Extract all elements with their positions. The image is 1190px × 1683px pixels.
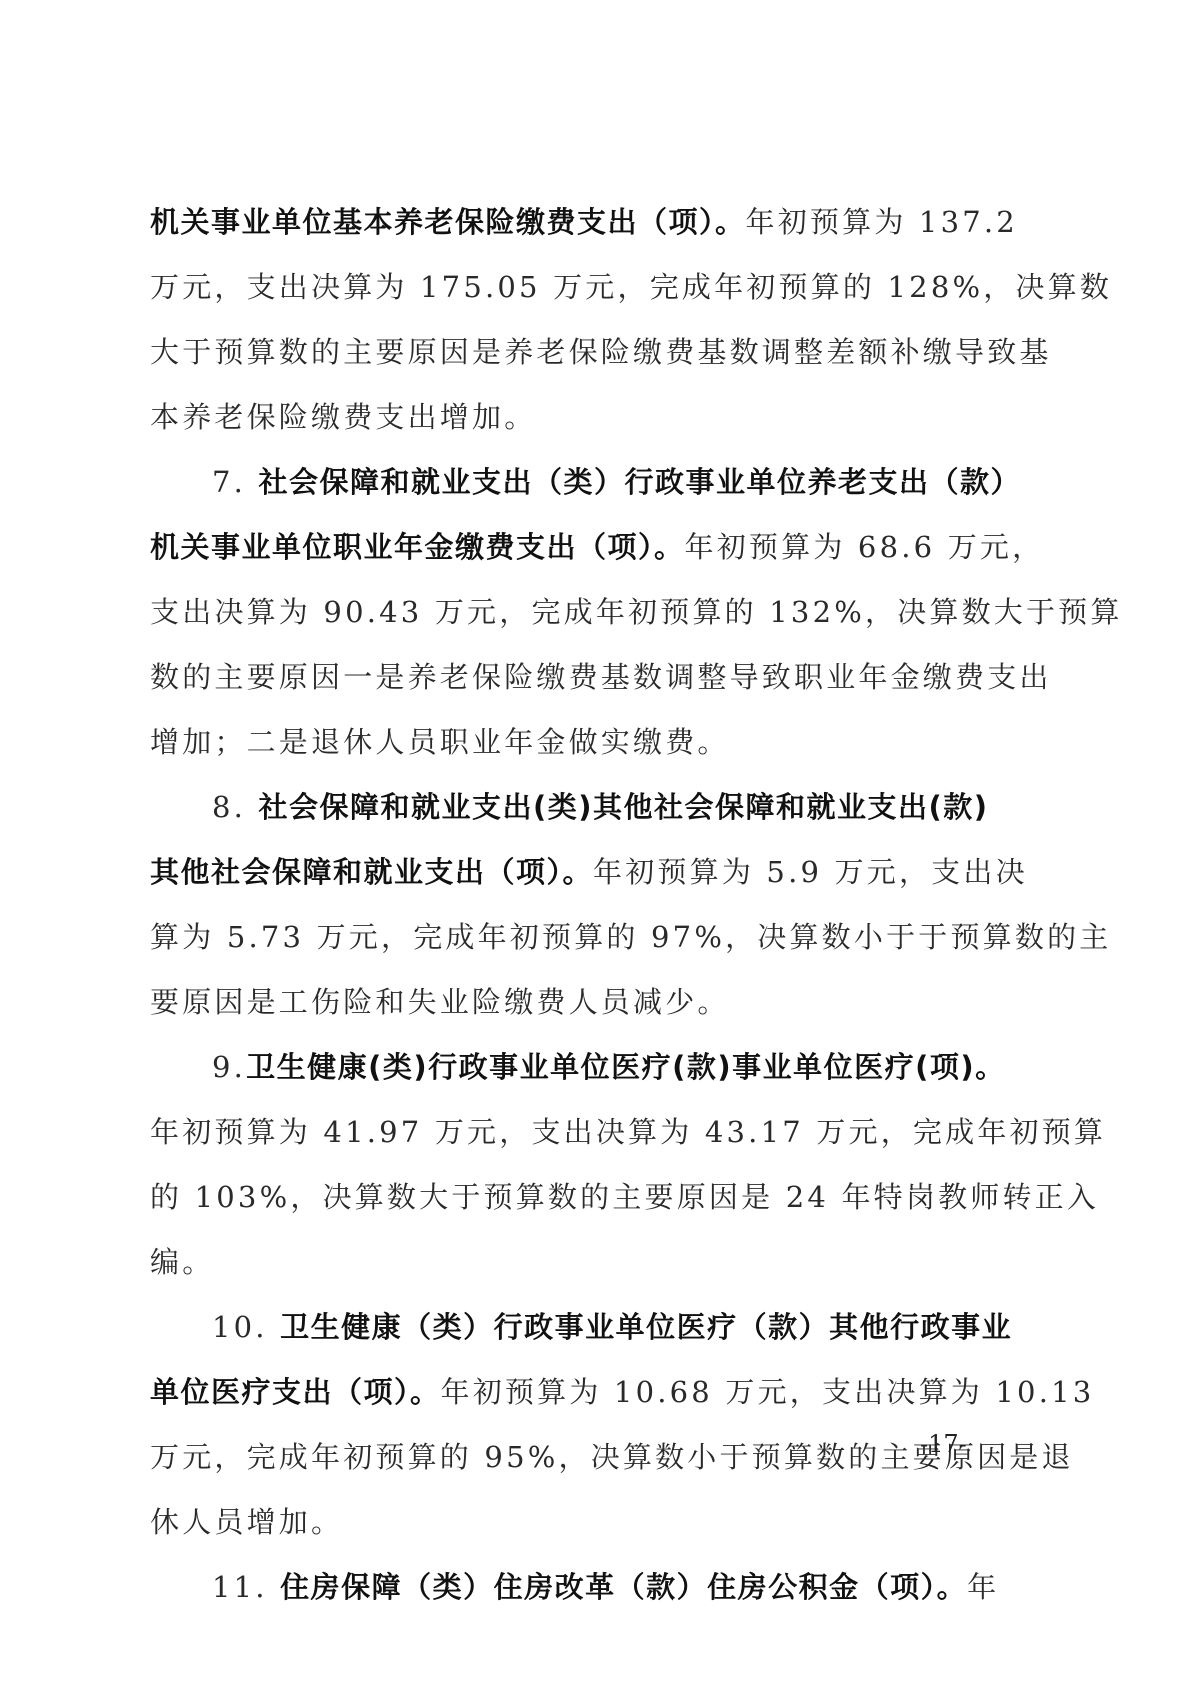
text-line: 编。 (150, 1236, 214, 1288)
bold-heading-text: 社会保障和就业支出（类）行政事业单位养老支出（款） (259, 465, 1022, 499)
bold-heading-text: 社会保障和就业支出(类)其他社会保障和就业支出(款) (259, 790, 989, 824)
text-line: 本养老保险缴费支出增加。 (150, 391, 536, 443)
text-line: 11. 住房保障（类）住房改革（款）住房公积金（项）。年 (212, 1561, 999, 1613)
body-text: 年 (967, 1570, 999, 1604)
body-text: 年初预算为 5.9 万元，支出决 (593, 855, 1028, 889)
bold-heading-text: 卫生健康(类)行政事业单位医疗(款)事业单位医疗(项)。 (246, 1050, 1006, 1084)
text-line: 机关事业单位基本养老保险缴费支出（项）。年初预算为 137.2 (150, 196, 1018, 248)
text-line: 支出决算为 90.43 万元，完成年初预算的 132%，决算数大于预算 (150, 586, 1123, 638)
body-text: 要原因是工伤险和失业险缴费人员减少。 (150, 985, 730, 1019)
text-line: 要原因是工伤险和失业险缴费人员减少。 (150, 976, 730, 1028)
body-text: 编。 (150, 1245, 214, 1279)
body-text: 数的主要原因一是养老保险缴费基数调整导致职业年金缴费支出 (150, 660, 1052, 694)
text-line: 年初预算为 41.97 万元，支出决算为 43.17 万元，完成年初预算 (150, 1106, 1106, 1158)
body-text: 10. (212, 1310, 280, 1344)
body-text: 8. (212, 790, 259, 824)
text-line: 数的主要原因一是养老保险缴费基数调整导致职业年金缴费支出 (150, 651, 1052, 703)
text-line: 单位医疗支出（项）。年初预算为 10.68 万元，支出决算为 10.13 (150, 1366, 1094, 1418)
text-line: 算为 5.73 万元，完成年初预算的 97%，决算数小于于预算数的主 (150, 911, 1111, 963)
page-number: -17- (920, 1430, 967, 1458)
text-line: 7. 社会保障和就业支出（类）行政事业单位养老支出（款） (212, 456, 1021, 508)
body-text: 9. (212, 1050, 246, 1084)
body-text: 年初预算为 137.2 (746, 205, 1018, 239)
body-text: 7. (212, 465, 259, 499)
body-text: 万元，支出决算为 175.05 万元，完成年初预算的 128%，决算数 (150, 270, 1112, 304)
text-line: 万元，支出决算为 175.05 万元，完成年初预算的 128%，决算数 (150, 261, 1112, 313)
bold-heading-text: 卫生健康（类）行政事业单位医疗（款）其他行政事业 (280, 1310, 1012, 1344)
body-text: 的 103%，决算数大于预算数的主要原因是 24 年特岗教师转正入 (150, 1180, 1099, 1214)
bold-heading-text: 其他社会保障和就业支出（项）。 (150, 855, 593, 889)
bold-heading-text: 单位医疗支出（项）。 (150, 1375, 441, 1409)
text-line: 其他社会保障和就业支出（项）。年初预算为 5.9 万元，支出决 (150, 846, 1028, 898)
body-text: 休人员增加。 (150, 1505, 343, 1539)
bold-heading-text: 机关事业单位职业年金缴费支出（项）。 (150, 530, 685, 564)
bold-heading-text: 住房保障（类）住房改革（款）住房公积金（项）。 (280, 1570, 967, 1604)
bold-heading-text: 机关事业单位基本养老保险缴费支出（项）。 (150, 205, 746, 239)
text-line: 大于预算数的主要原因是养老保险缴费基数调整差额补缴导致基 (150, 326, 1052, 378)
body-text: 年初预算为 10.68 万元，支出决算为 10.13 (441, 1375, 1095, 1409)
body-text: 年初预算为 68.6 万元， (685, 530, 1045, 564)
body-text: 大于预算数的主要原因是养老保险缴费基数调整差额补缴导致基 (150, 335, 1052, 369)
text-line: 休人员增加。 (150, 1496, 343, 1548)
body-text: 本养老保险缴费支出增加。 (150, 400, 536, 434)
body-text: 年初预算为 41.97 万元，支出决算为 43.17 万元，完成年初预算 (150, 1115, 1106, 1149)
body-text: 11. (212, 1570, 280, 1604)
text-line: 10. 卫生健康（类）行政事业单位医疗（款）其他行政事业 (212, 1301, 1012, 1353)
text-line: 机关事业单位职业年金缴费支出（项）。年初预算为 68.6 万元， (150, 521, 1044, 573)
body-text: 算为 5.73 万元，完成年初预算的 97%，决算数小于于预算数的主 (150, 920, 1111, 954)
body-text: 增加；二是退休人员职业年金做实缴费。 (150, 725, 730, 759)
text-line: 增加；二是退休人员职业年金做实缴费。 (150, 716, 730, 768)
text-line: 9.卫生健康(类)行政事业单位医疗(款)事业单位医疗(项)。 (212, 1041, 1006, 1093)
body-text: 支出决算为 90.43 万元，完成年初预算的 132%，决算数大于预算 (150, 595, 1123, 629)
text-line: 的 103%，决算数大于预算数的主要原因是 24 年特岗教师转正入 (150, 1171, 1099, 1223)
text-line: 8. 社会保障和就业支出(类)其他社会保障和就业支出(款) (212, 781, 989, 833)
